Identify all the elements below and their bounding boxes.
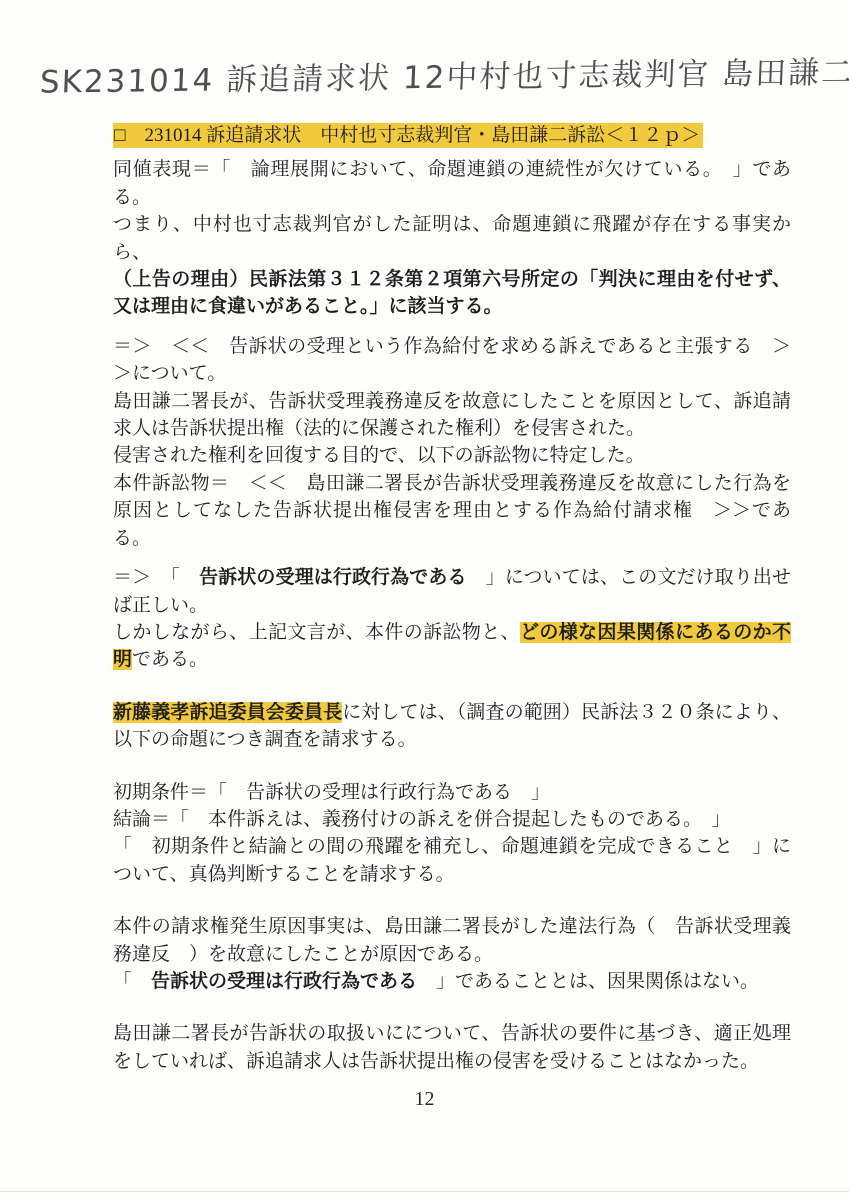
paragraph: ＝＞ 「 告訴状の受理は行政行為である 」については、この文だけ取り出せば正しい… [113, 564, 791, 619]
paragraph: 島田謙二署長が告訴状の取扱いにについて、告訴状の要件に基づき、適正処理をしていれ… [113, 1020, 791, 1075]
paragraph: 島田謙二署長が、告訴状受理義務違反を故意にしたことを原因として、訴追請求人は告訴… [113, 388, 791, 443]
text-segment: □ 231014 訴追請求状 中村也寸志裁判官・島田謙二訴訟＜１２ｐ＞ [113, 123, 703, 148]
text-segment: 島田謙二署長が告訴状の取扱いにについて、告訴状の要件に基づき、適正処理をしていれ… [113, 1023, 791, 1071]
paragraph: 新藤義孝訴追委員会委員長に対しては、（調査の範囲）民訴法３２０条により、以下の命… [113, 699, 791, 754]
text-segment: ＝＞ ＜＜ 告訴状の受理という作為給付を求める訴えであると主張する ＞＞について… [113, 336, 791, 384]
paragraph: しかしながら、上記文言が、本件の訴訟物と、どの様な因果関係にあるのか不明である。 [113, 619, 791, 674]
text-segment: 「 [113, 971, 151, 992]
text-segment: ＝＞ 「 [113, 567, 199, 588]
document-body: □ 231014 訴追請求状 中村也寸志裁判官・島田謙二訴訟＜１２ｐ＞同値表現＝… [113, 122, 791, 1075]
paragraph: 本件訴訟物＝ ＜＜ 島田謙二署長が告訴状受理義務違反を故意にした行為を原因として… [113, 470, 791, 552]
text-segment: 」であることとは、因果関係はない。 [417, 971, 759, 992]
scan-edge-line [0, 1191, 849, 1192]
text-segment: 島田謙二署長が、告訴状受理義務違反を故意にしたことを原因として、訴追請求人は告訴… [113, 391, 791, 439]
text-segment: 同値表現＝「 論理展開において、命題連鎖の連続性が欠けている。 」である。 [113, 159, 791, 207]
text-segment: しかしながら、上記文言が、本件の訴訟物と、 [113, 622, 520, 643]
paragraph: （上告の理由）民訴法第３１２条第２項第六号所定の「判決に理由を付せず、又は理由に… [113, 266, 791, 321]
handwritten-title: SK231014 訴追請求状 12中村也寸志裁判官 島田謙二訴訟 [39, 47, 801, 101]
text-segment: 「 初期条件と結論との間の飛躍を補充し、命題連鎖を完成できること 」について、真… [113, 836, 791, 884]
text-segment: 告訴状の受理は行政行為である [199, 567, 467, 588]
text-segment: である。 [132, 649, 208, 670]
paragraph: 本件の請求権発生原因事実は、島田謙二署長がした違法行為（ 告訴状受理義務違反 ）… [113, 913, 791, 968]
highlighted-text: 新藤義孝訴追委員会委員長 [113, 702, 342, 723]
text-segment: 侵害された権利を回復する目的で、以下の訴訟物に特定した。 [113, 445, 645, 466]
paragraph: 「 初期条件と結論との間の飛躍を補充し、命題連鎖を完成できること 」について、真… [113, 833, 791, 888]
page-number: 12 [0, 1088, 849, 1111]
text-segment: 告訴状の受理は行政行為である [151, 971, 417, 992]
scanned-document-page: SK231014 訴追請求状 12中村也寸志裁判官 島田謙二訴訟 □ 23101… [0, 0, 849, 1200]
paragraph: つまり、中村也寸志裁判官がした証明は、命題連鎖に飛躍が存在する事実から、 [113, 211, 791, 266]
doc-title-line: □ 231014 訴追請求状 中村也寸志裁判官・島田謙二訴訟＜１２ｐ＞ [113, 122, 791, 149]
text-segment: 本件訴訟物＝ ＜＜ 島田謙二署長が告訴状受理義務違反を故意にした行為を原因として… [113, 473, 791, 549]
paragraph: ＝＞ ＜＜ 告訴状の受理という作為給付を求める訴えであると主張する ＞＞について… [113, 333, 791, 388]
paragraph: 侵害された権利を回復する目的で、以下の訴訟物に特定した。 [113, 442, 791, 469]
paragraph: 初期条件＝「 告訴状の受理は行政行為である 」 [113, 779, 791, 806]
text-segment: （上告の理由）民訴法第３１２条第２項第六号所定の「判決に理由を付せず、又は理由に… [113, 269, 791, 317]
text-segment: 本件の請求権発生原因事実は、島田謙二署長がした違法行為（ 告訴状受理義務違反 ）… [113, 916, 791, 964]
text-segment: 初期条件＝「 告訴状の受理は行政行為である 」 [113, 782, 550, 803]
paragraph: 同値表現＝「 論理展開において、命題連鎖の連続性が欠けている。 」である。 [113, 156, 791, 211]
paragraph: 結論＝「 本件訴えは、義務付けの訴えを併合提起したものである。 」 [113, 806, 791, 833]
paragraph: 「 告訴状の受理は行政行為である 」であることとは、因果関係はない。 [113, 968, 791, 995]
text-segment: 結論＝「 本件訴えは、義務付けの訴えを併合提起したものである。 」 [113, 809, 731, 830]
text-segment: つまり、中村也寸志裁判官がした証明は、命題連鎖に飛躍が存在する事実から、 [113, 214, 791, 262]
